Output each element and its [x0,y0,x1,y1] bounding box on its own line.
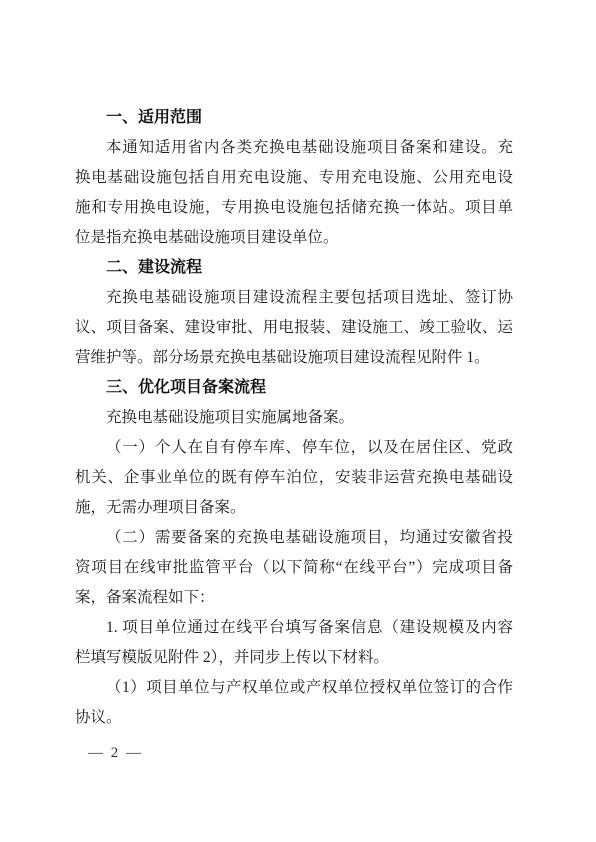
body-line: 案，备案流程如下： [75,583,513,613]
body-line: 施和专用换电设施，专用换电设施包括储充换一体站。项目单 [75,193,513,223]
body-line: （1）项目单位与产权单位或产权单位授权单位签订的合作 [75,673,513,703]
body-line: 位是指充换电基础设施项目建设单位。 [75,223,513,253]
body-line: 充换电基础设施项目建设流程主要包括项目选址、签订协 [75,283,513,313]
section-heading-filing-process: 三、优化项目备案流程 [75,373,513,403]
section-heading-construction-flow: 二、建设流程 [75,253,513,283]
body-line: 资项目在线审批监管平台（以下简称“在线平台”）完成项目备 [75,553,513,583]
body-line: 机关、企事业单位的既有停车泊位，安装非运营充换电基础设 [75,463,513,493]
body-line: 施，无需办理项目备案。 [75,493,513,523]
section-heading-scope: 一、适用范围 [75,103,513,133]
document-page: 一、适用范围 本通知适用省内各类充换电基础设施项目备案和建设。充 换电基础设施包… [0,0,596,842]
body-line: 栏填写模版见附件 2），并同步上传以下材料。 [75,643,513,673]
body-line: 协议。 [75,703,513,733]
body-line: （一）个人在自有停车库、停车位，以及在居住区、党政 [75,433,513,463]
body-line: 本通知适用省内各类充换电基础设施项目备案和建设。充 [75,133,513,163]
body-line: 1. 项目单位通过在线平台填写备案信息（建设规模及内容 [75,613,513,643]
body-line: 换电基础设施包括自用充电设施、专用充电设施、公用充电设 [75,163,513,193]
body-line: 营维护等。部分场景充换电基础设施项目建设流程见附件 1。 [75,343,513,373]
body-line: 议、项目备案、建设审批、用电报装、建设施工、竣工验收、运 [75,313,513,343]
body-line: （二）需要备案的充换电基础设施项目，均通过安徽省投 [75,523,513,553]
document-content: 一、适用范围 本通知适用省内各类充换电基础设施项目备案和建设。充 换电基础设施包… [75,103,513,733]
page-number: — 2 — [88,740,143,766]
body-line: 充换电基础设施项目实施属地备案。 [75,403,513,433]
